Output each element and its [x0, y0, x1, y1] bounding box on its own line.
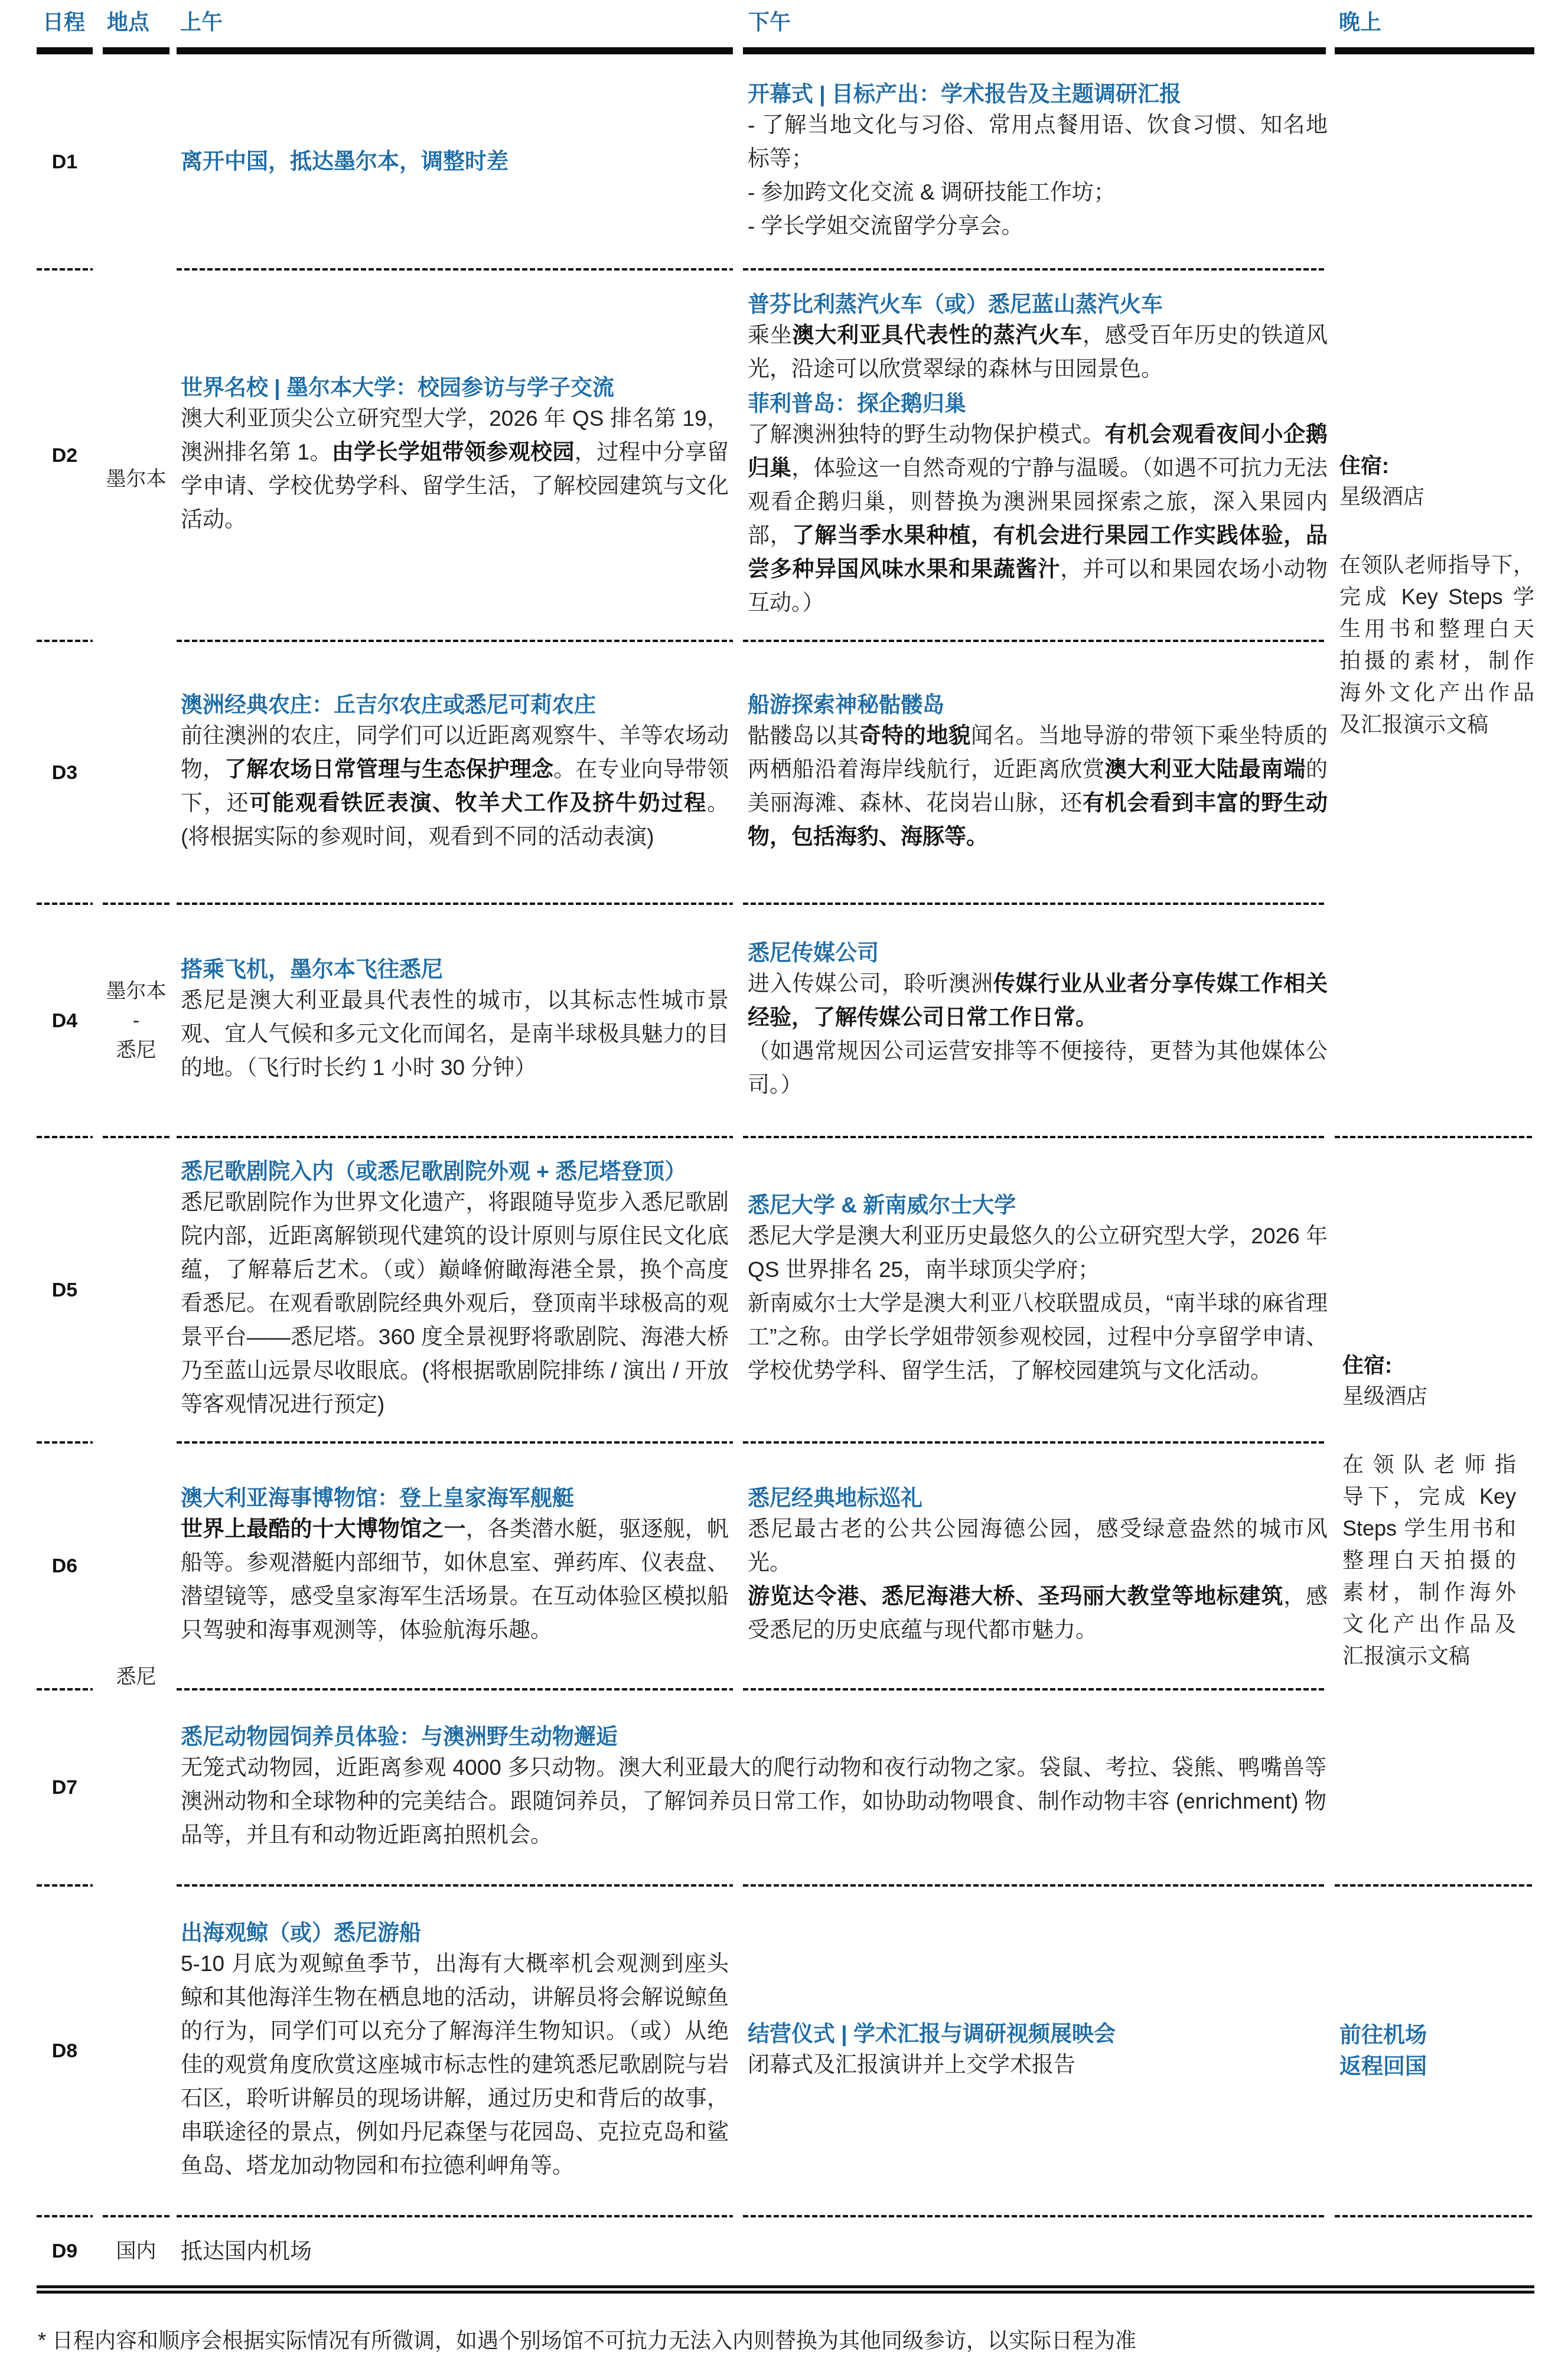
bold-highlight: 可能观看铁匠表演、牧羊犬工作及挤牛奶过程 — [249, 791, 707, 815]
row-divider — [1335, 1136, 1534, 1138]
d5-afternoon-cell: 悉尼大学 & 新南威尔士大学 悉尼大学是澳大利亚历史最悠久的公立研究型大学，20… — [743, 1137, 1328, 1442]
activity-description: 5-10 月底为观鲸鱼季节，出海有大概率机会观测到座头鲸和其他海洋生物在栖息地的… — [181, 1947, 729, 2183]
activity-title: 悉尼大学 & 新南威尔士大学 — [748, 1192, 1328, 1219]
row-divider — [743, 640, 1326, 642]
activity-block: 世界名校 | 墨尔本大学：校园参访与学子交流 澳大利亚顶尖公立研究型大学，202… — [181, 374, 729, 536]
d9-morning-cell: 抵达国内机场 — [177, 2216, 733, 2286]
activity-description: 了解澳洲独特的野生动物保护模式。有机会观看夜间小企鹅归巢，体验这一自然奇观的宁静… — [748, 418, 1328, 620]
activity-description: 无笼式动物园，近距离参观 4000 多只动物。澳大利亚最大的爬行动物和夜行动物之… — [181, 1751, 1326, 1852]
d1-afternoon-cell: 开幕式 | 目标产出：学术报告及主题调研汇报 - 了解当地文化与习俗、常用点餐用… — [743, 54, 1328, 269]
text-line: 汇报演示文稿 — [1342, 1640, 1516, 1672]
evening-task-note: 在领队老师指导下，完成 KeySteps 学生用书和整理白天拍摄的素材，制作海外… — [1342, 1449, 1516, 1672]
activity-block: 悉尼大学 & 新南威尔士大学 悉尼大学是澳大利亚历史最悠久的公立研究型大学，20… — [748, 1192, 1328, 1387]
d8-morning-cell: 出海观鲸（或）悉尼游船 5-10 月底为观鲸鱼季节，出海有大概率机会观测到座头鲸… — [177, 1885, 733, 2216]
text-line: 在领队老师指 — [1342, 1449, 1516, 1481]
bold-highlight: 了解农场日常管理与生态保护理念 — [224, 757, 553, 781]
d5-morning-cell: 悉尼歌剧院入内（或悉尼歌剧院外观 + 悉尼塔登顶） 悉尼歌剧院作为世界文化遗产，… — [177, 1137, 733, 1442]
text-run: 悉尼歌剧院作为世界文化遗产，将跟随导览步入悉尼歌剧院内部，近距离解锁现代建筑的设… — [181, 1190, 729, 1416]
day-cell-d7: D7 — [37, 1689, 93, 1885]
activity-description: 闭幕式及汇报演讲并上交学术报告 — [748, 2048, 1328, 2082]
column-header-location: 地点 — [107, 9, 149, 35]
text-run: 骷髅岛以其 — [748, 724, 859, 748]
activity-block: 结营仪式 | 学术汇报与调研视频展映会 闭幕式及汇报演讲并上交学术报告 — [748, 2021, 1328, 2082]
activity-description: - 参加跨文化交流 & 调研技能工作坊； — [748, 175, 1328, 209]
text-run: 进入传媒公司，聆听澳洲 — [748, 972, 993, 996]
activity-note: （如遇常规因公司运营安排等不便接待，更替为其他媒体公司。） — [748, 1034, 1328, 1102]
activity-block: 澳洲经典农庄：丘吉尔农庄或悉尼可莉农庄 前往澳洲的农庄，同学们可以近距离观察牛、… — [181, 692, 729, 854]
activity-description: 悉尼是澳大利亚最具代表性的城市，以其标志性城市景观、宜人气候和多元文化而闻名，是… — [181, 983, 729, 1084]
activity-block: 离开中国，抵达墨尔本，调整时差 — [181, 148, 729, 175]
bold-highlight: 奇特的地貌 — [859, 724, 971, 748]
row-divider — [177, 640, 733, 642]
activity-title: 世界名校 | 墨尔本大学：校园参访与学子交流 — [181, 374, 729, 402]
header-rule-location — [103, 47, 169, 54]
day-cell-d9: D9 — [37, 2216, 93, 2286]
text-line: 返程回国 — [1339, 2051, 1534, 2082]
day-cell-d4: D4 — [37, 904, 93, 1137]
row-divider — [103, 903, 169, 905]
activity-title: 悉尼传媒公司 — [748, 940, 1328, 967]
activity-description: 世界上最酷的十大博物馆之一，各类潜水艇，驱逐舰，帆船等。参观潜艇内部细节，如休息… — [181, 1512, 729, 1647]
activity-description: 前往澳洲的农庄，同学们可以近距离观察牛、羊等农场动物，了解农场日常管理与生态保护… — [181, 719, 729, 854]
d2-morning-cell: 世界名校 | 墨尔本大学：校园参访与学子交流 澳大利亚顶尖公立研究型大学，202… — [177, 269, 733, 641]
evening-cell-d1-d4: 住宿: 星级酒店 在领队老师指导下，完成 Key Steps 学生用书和整理白天… — [1334, 54, 1534, 1137]
activity-description: 悉尼歌剧院作为世界文化遗产，将跟随导览步入悉尼歌剧院内部，近距离解锁现代建筑的设… — [181, 1185, 729, 1421]
text-line: 素材，制作海外 — [1342, 1577, 1516, 1608]
activity-description: 新南威尔士大学是澳大利亚八校联盟成员，“南半球的麻省理工”之称。由学长学姐带领参… — [748, 1286, 1328, 1387]
activity-block: 菲利普岛：探企鹅归巢 了解澳洲独特的野生动物保护模式。有机会观看夜间小企鹅归巢，… — [748, 390, 1328, 620]
bold-highlight: 世界上最酷的十大博物馆之一 — [181, 1517, 466, 1541]
location-label: 墨尔本 — [106, 464, 167, 494]
row-divider — [37, 1136, 93, 1138]
activity-description: 悉尼最古老的公共公园海德公园，感受绿意盎然的城市风光。 — [748, 1512, 1328, 1579]
row-divider — [177, 1688, 733, 1691]
row-divider — [37, 640, 93, 642]
day-label: D1 — [52, 149, 77, 175]
text-line: 海外文化产出作品 — [1339, 677, 1534, 709]
d6-morning-cell: 澳大利亚海事博物馆：登上皇家海军舰艇 世界上最酷的十大博物馆之一，各类潜水艇，驱… — [177, 1442, 733, 1689]
row-divider — [1335, 2215, 1534, 2217]
activity-title: 菲利普岛：探企鹅归巢 — [748, 390, 1328, 418]
row-divider — [37, 1688, 93, 1691]
d3-morning-cell: 澳洲经典农庄：丘吉尔农庄或悉尼可莉农庄 前往澳洲的农庄，同学们可以近距离观察牛、… — [177, 641, 733, 904]
bold-highlight: 澳大利亚具代表性的蒸汽火车 — [793, 323, 1083, 347]
day-label: D4 — [52, 1008, 77, 1034]
location-cell-melbourne: 墨尔本 — [103, 54, 169, 904]
accommodation-value: 星级酒店 — [1339, 481, 1534, 512]
activ ity-title: 出海观鲸（或）悉尼游船 — [181, 1920, 729, 1947]
text-line: 在领队老师指导下， — [1339, 549, 1534, 581]
evening-cell-d5-d7: 住宿: 星级酒店 在领队老师指导下，完成 KeySteps 学生用书和整理白天拍… — [1334, 1137, 1534, 1885]
day-label: D3 — [52, 760, 77, 786]
row-divider — [743, 1884, 1326, 1887]
day-cell-d5: D5 — [37, 1137, 93, 1442]
column-header-evening: 晚上 — [1339, 9, 1381, 35]
activity-block: 澳大利亚海事博物馆：登上皇家海军舰艇 世界上最酷的十大博物馆之一，各类潜水艇，驱… — [181, 1485, 729, 1647]
text-line: 生用书和整理白天 — [1339, 613, 1534, 645]
location-label: 国内 — [116, 2236, 157, 2266]
text-run: （如遇常规因公司运营安排等不便接待，更替为其他媒体公司。） — [748, 1039, 1328, 1097]
d8-evening-cell: 前往机场返程回国 — [1334, 1885, 1534, 2216]
d7-full-day-cell: 悉尼动物园饲养员体验：与澳洲野生动物邂逅 无笼式动物园，近距离参观 4000 多… — [177, 1689, 1326, 1885]
row-divider — [177, 2215, 733, 2217]
activity-block: 悉尼传媒公司 进入传媒公司，聆听澳洲传媒行业从业者分享传媒工作相关经验，了解传媒… — [748, 940, 1328, 1102]
text-run: 闭幕式及汇报演讲并上交学术报告 — [748, 2053, 1075, 2077]
activity-description: - 学长学姐交流留学分享会。 — [748, 209, 1328, 243]
activity-block: 悉尼歌剧院入内（或悉尼歌剧院外观 + 悉尼塔登顶） 悉尼歌剧院作为世界文化遗产，… — [181, 1158, 729, 1421]
text-line: 前往机场 — [1339, 2020, 1534, 2051]
activity-title: 悉尼动物园饲养员体验：与澳洲野生动物邂逅 — [181, 1724, 1326, 1751]
text-line: 完成 Key Steps 学 — [1339, 581, 1534, 613]
text-line: 拍摄的素材，制作 — [1339, 645, 1534, 677]
row-divider — [743, 268, 1326, 271]
row-divider — [177, 1884, 733, 1887]
d3-afternoon-cell: 船游探索神秘骷髅岛 骷髅岛以其奇特的地貌闻名。当地导游的带领下乘坐特质的两栖船沿… — [743, 641, 1328, 904]
text-run: 悉尼大学是澳大利亚历史最悠久的公立研究型大学，2026 年 QS 世界排名 25… — [748, 1224, 1328, 1282]
activity-description: 乘坐澳大利亚具代表性的蒸汽火车，感受百年历史的铁道风光，沿途可以欣赏翠绿的森林与… — [748, 318, 1328, 386]
activity-title: 悉尼经典地标巡礼 — [748, 1485, 1328, 1512]
text-run: 新南威尔士大学是澳大利亚八校联盟成员，“南半球的麻省理工”之称。由学长学姐带领参… — [748, 1291, 1328, 1383]
header-rule-afternoon — [743, 47, 1326, 54]
d2-afternoon-cell: 普芬比利蒸汽火车（或）悉尼蓝山蒸汽火车 乘坐澳大利亚具代表性的蒸汽火车，感受百年… — [743, 269, 1328, 641]
d6-afternoon-cell: 悉尼经典地标巡礼 悉尼最古老的公共公园海德公园，感受绿意盎然的城市风光。 游览达… — [743, 1442, 1328, 1689]
row-divider — [743, 1441, 1326, 1444]
d4-afternoon-cell: 悉尼传媒公司 进入传媒公司，聆听澳洲传媒行业从业者分享传媒工作相关经验，了解传媒… — [743, 904, 1328, 1137]
location-label: 悉尼 — [116, 1662, 157, 1692]
column-header-morning: 上午 — [180, 9, 223, 35]
activity-title: 搭乘飞机，墨尔本飞往悉尼 — [181, 956, 729, 983]
activity-title: 澳洲经典农庄：丘吉尔农庄或悉尼可莉农庄 — [181, 692, 729, 719]
evening-task-note: 在领队老师指导下，完成 Key Steps 学生用书和整理白天拍摄的素材，制作海… — [1339, 549, 1534, 741]
d1-morning-cell: 离开中国，抵达墨尔本，调整时差 — [177, 54, 733, 269]
day-cell-d3: D3 — [37, 641, 93, 904]
text-line: 整理白天拍摄的 — [1342, 1545, 1516, 1577]
location-cell-domestic: 国内 — [103, 2216, 169, 2286]
text-line: 导下，完成 Key — [1342, 1481, 1516, 1513]
activity-description: 进入传媒公司，聆听澳洲传媒行业从业者分享传媒工作相关经验，了解传媒公司日常工作日… — [748, 967, 1328, 1034]
day-cell-d1: D1 — [37, 54, 93, 269]
activity-title: 离开中国，抵达墨尔本，调整时差 — [181, 148, 729, 175]
day-label: D2 — [52, 442, 77, 468]
text-run: 5-10 月底为观鲸鱼季节，出海有大概率机会观测到座头鲸和其他海洋生物在栖息地的… — [181, 1952, 729, 2178]
bold-highlight: 由学长学姐带领参观校园 — [332, 440, 575, 464]
row-divider — [1335, 1884, 1534, 1887]
location-cell-transfer: 墨尔本 - 悉尼 — [103, 904, 169, 1137]
header-rule-morning — [177, 47, 733, 54]
row-divider — [743, 1136, 1326, 1138]
row-divider — [37, 2215, 93, 2217]
evening-departure: 前往机场返程回国 — [1339, 2020, 1534, 2082]
text-run: 乘坐 — [748, 323, 793, 347]
activity-description: 游览达令港、悉尼海港大桥、圣玛丽大教堂等地标建筑，感受悉尼的历史底蕴与现代都市魅… — [748, 1579, 1328, 1647]
d8-afternoon-cell: 结营仪式 | 学术汇报与调研视频展映会 闭幕式及汇报演讲并上交学术报告 — [743, 1885, 1328, 2216]
activity-title: 船游探索神秘骷髅岛 — [748, 692, 1328, 719]
activity-title: 普芬比利蒸汽火车（或）悉尼蓝山蒸汽火车 — [748, 291, 1328, 318]
row-divider — [177, 1136, 733, 1138]
row-divider — [177, 1441, 733, 1444]
row-divider — [37, 1441, 93, 1444]
activity-description: - 了解当地文化与习俗、常用点餐用语、饮食习惯、知名地标等； — [748, 108, 1328, 175]
bold-highlight: 游览达令港、悉尼海港大桥、圣玛丽大教堂等地标建筑 — [748, 1584, 1283, 1608]
day-label: D6 — [52, 1553, 77, 1579]
row-divider — [743, 2215, 1326, 2217]
text-line: 及汇报演示文稿 — [1339, 709, 1534, 741]
text-run: 无笼式动物园，近距离参观 4000 多只动物。澳大利亚最大的爬行动物和夜行动物之… — [181, 1755, 1326, 1847]
activity-description: 悉尼大学是澳大利亚历史最悠久的公立研究型大学，2026 年 QS 世界排名 25… — [748, 1219, 1328, 1286]
row-divider — [103, 2215, 169, 2217]
location-cell-sydney: 悉尼 — [103, 1137, 169, 2216]
activity-title: 悉尼歌剧院入内（或悉尼歌剧院外观 + 悉尼塔登顶） — [181, 1158, 729, 1185]
row-divider — [37, 1884, 93, 1887]
row-divider — [177, 903, 733, 905]
row-divider — [743, 1688, 1326, 1691]
activity-description: 骷髅岛以其奇特的地貌闻名。当地导游的带领下乘坐特质的两栖船沿着海岸线航行，近距离… — [748, 719, 1328, 854]
activity-description: 澳大利亚顶尖公立研究型大学，2026 年 QS 排名第 19，澳洲排名第 1。由… — [181, 402, 729, 536]
location-separator: - — [133, 1006, 139, 1035]
row-divider — [37, 903, 93, 905]
day-label: D9 — [52, 2238, 77, 2264]
row-divider — [743, 903, 1326, 905]
header-rule-day — [37, 47, 93, 54]
column-header-day: 日程 — [43, 9, 85, 35]
activity-block: 普芬比利蒸汽火车（或）悉尼蓝山蒸汽火车 乘坐澳大利亚具代表性的蒸汽火车，感受百年… — [748, 291, 1328, 386]
day-label: D7 — [52, 1774, 77, 1800]
table-bottom-rule — [37, 2285, 1534, 2288]
activity-block: 出海观鲸（或）悉尼游船 5-10 月底为观鲸鱼季节，出海有大概率机会观测到座头鲸… — [181, 1920, 729, 2183]
activity-block: 船游探索神秘骷髅岛 骷髅岛以其奇特的地貌闻名。当地导游的带领下乘坐特质的两栖船沿… — [748, 692, 1328, 854]
header-rule-evening — [1335, 47, 1534, 54]
activity-block: 悉尼动物园饲养员体验：与澳洲野生动物邂逅 无笼式动物园，近距离参观 4000 多… — [181, 1724, 1326, 1852]
day-label: D5 — [52, 1277, 77, 1303]
day-cell-d2: D2 — [37, 269, 93, 641]
day-cell-d6: D6 — [37, 1442, 93, 1689]
activity-title: 结营仪式 | 学术汇报与调研视频展映会 — [748, 2021, 1328, 2048]
day-label: D8 — [52, 2038, 77, 2064]
text-run: - 学长学姐交流留学分享会。 — [748, 214, 1023, 238]
accommodation-label: 住宿: — [1342, 1350, 1534, 1381]
activity-block: 搭乘飞机，墨尔本飞往悉尼 悉尼是澳大利亚最具代表性的城市，以其标志性城市景观、宜… — [181, 956, 729, 1084]
row-divider — [37, 268, 93, 271]
text-run: 悉尼最古老的公共公园海德公园，感受绿意盎然的城市风光。 — [748, 1517, 1328, 1575]
text-run: 悉尼是澳大利亚最具代表性的城市，以其标志性城市景观、宜人气候和多元文化而闻名，是… — [181, 988, 729, 1080]
text-run: - 参加跨文化交流 & 调研技能工作坊； — [748, 180, 1116, 204]
d4-morning-cell: 搭乘飞机，墨尔本飞往悉尼 悉尼是澳大利亚最具代表性的城市，以其标志性城市景观、宜… — [177, 904, 733, 1137]
accommodation-value: 星级酒店 — [1342, 1381, 1534, 1412]
arrival-text: 抵达国内机场 — [181, 2235, 729, 2268]
activity-block: 开幕式 | 目标产出：学术报告及主题调研汇报 - 了解当地文化与习俗、常用点餐用… — [748, 81, 1328, 243]
activity-block: 悉尼经典地标巡礼 悉尼最古老的公共公园海德公园，感受绿意盎然的城市风光。 游览达… — [748, 1485, 1328, 1647]
column-header-afternoon: 下午 — [748, 9, 791, 35]
bold-highlight: 澳大利亚大陆最南端 — [1105, 757, 1306, 781]
text-line: Steps 学生用书和 — [1342, 1513, 1516, 1545]
row-divider — [177, 268, 733, 271]
location-label: 悉尼 — [116, 1035, 157, 1065]
text-line: 文化产出作品及 — [1342, 1608, 1516, 1640]
day-cell-d8: D8 — [37, 1885, 93, 2216]
text-run: - 了解当地文化与习俗、常用点餐用语、饮食习惯、知名地标等； — [748, 113, 1328, 171]
row-divider — [103, 1136, 169, 1138]
table-bottom-rule — [37, 2291, 1534, 2294]
location-label: 墨尔本 — [106, 976, 167, 1006]
footnote: * 日程内容和顺序会根据实际情况有所微调，如遇个别场馆不可抗力无法入内则替换为其… — [38, 2327, 1136, 2354]
activity-title: 开幕式 | 目标产出：学术报告及主题调研汇报 — [748, 81, 1328, 108]
text-run: 了解澳洲独特的野生动物保护模式。 — [748, 422, 1105, 447]
accommodation-label: 住宿: — [1339, 451, 1534, 481]
activity-title: 澳大利亚海事博物馆：登上皇家海军舰艇 — [181, 1485, 729, 1512]
